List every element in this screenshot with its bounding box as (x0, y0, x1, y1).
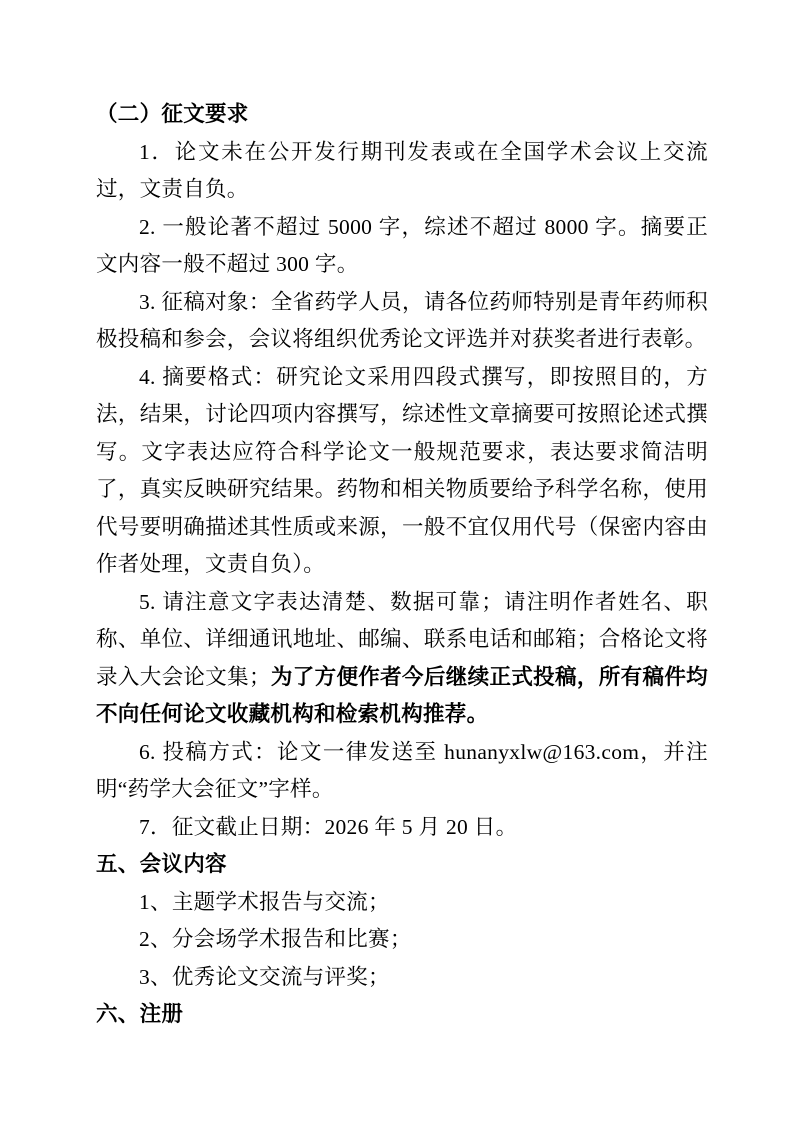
conference-content-item-1: 1、主题学术报告与交流； (96, 884, 708, 922)
paragraph-item-2: 2. 一般论著不超过 5000 字，综述不超过 8000 字。摘要正文内容一般不… (96, 209, 708, 284)
conference-content-item-2: 2、分会场学术报告和比赛； (96, 921, 708, 959)
section-heading-conference-content: 五、会议内容 (96, 846, 708, 884)
paragraph-item-7-deadline: 7．征文截止日期：2026 年 5 月 20 日。 (96, 809, 708, 847)
paragraph-item-6-submission-email: 6. 投稿方式：论文一律发送至 hunanyxlw@163.com，并注明“药学… (96, 734, 708, 809)
paragraph-item-4: 4. 摘要格式：研究论文采用四段式撰写，即按照目的，方法，结果，讨论四项内容撰写… (96, 359, 708, 584)
section-heading-call-for-papers-requirements: （二）征文要求 (96, 96, 708, 134)
section-heading-registration: 六、注册 (96, 996, 708, 1034)
paragraph-item-5: 5. 请注意文字表达清楚、数据可靠；请注明作者姓名、职称、单位、详细通讯地址、邮… (96, 584, 708, 734)
document-page: （二）征文要求 1．论文未在公开发行期刊发表或在全国学术会议上交流过，文责自负。… (0, 0, 800, 1131)
paragraph-item-3: 3. 征稿对象：全省药学人员，请各位药师特别是青年药师积极投稿和参会，会议将组织… (96, 284, 708, 359)
conference-content-item-3: 3、优秀论文交流与评奖； (96, 959, 708, 997)
paragraph-item-1: 1．论文未在公开发行期刊发表或在全国学术会议上交流过，文责自负。 (96, 134, 708, 209)
